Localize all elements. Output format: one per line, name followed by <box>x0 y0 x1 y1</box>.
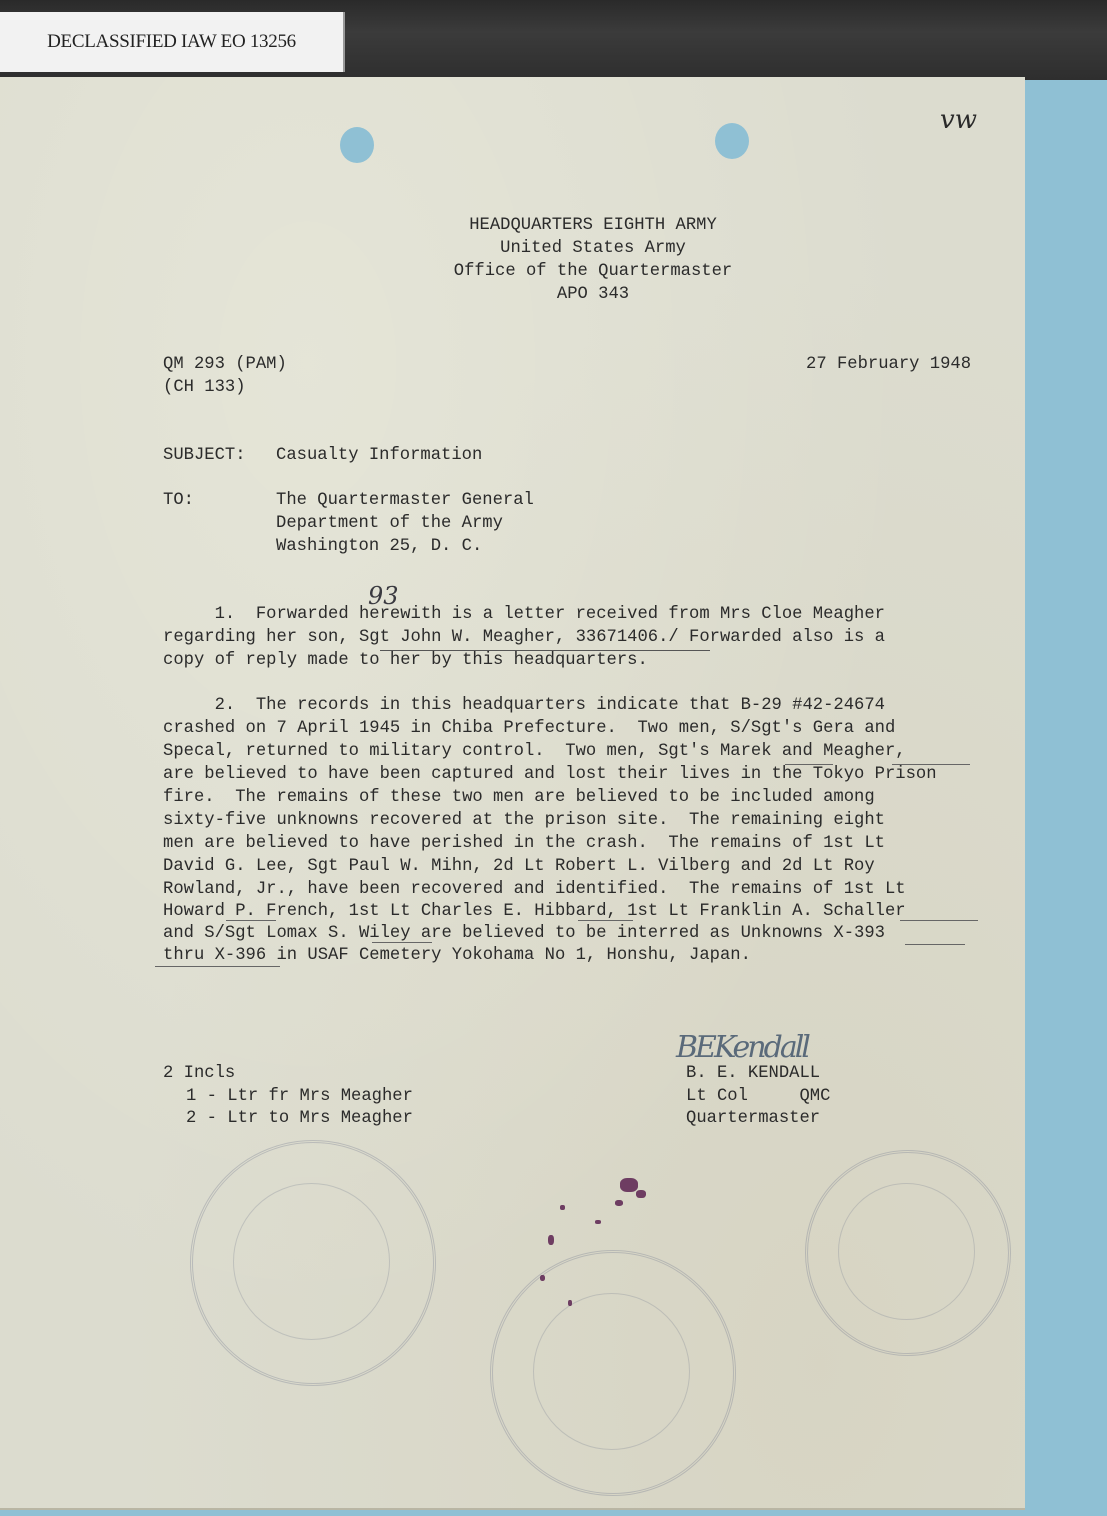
underline-mark <box>578 920 633 921</box>
underline-mark <box>155 966 280 967</box>
to-label: TO: <box>163 489 194 512</box>
paragraph-line: men are believed to have perished in the… <box>163 832 885 855</box>
enclosures-header: 2 Incls <box>163 1062 235 1085</box>
paragraph-line: sixty-five unknowns recovered at the pri… <box>163 809 885 832</box>
paragraph-line: 2. The records in this headquarters indi… <box>163 694 885 717</box>
paragraph-line: fire. The remains of these two men are b… <box>163 786 875 809</box>
underline-mark <box>380 650 710 651</box>
letterhead-line-4: APO 343 <box>393 283 793 306</box>
handwritten-initials: vw <box>940 105 977 135</box>
paragraph-line: copy of reply made to her by this headqu… <box>163 649 648 672</box>
underline-mark <box>892 764 970 765</box>
to-line-2: Department of the Army <box>276 512 503 535</box>
enclosure-item: 2 - Ltr to Mrs Meagher <box>186 1107 413 1130</box>
paragraph-line: Rowland, Jr., have been recovered and id… <box>163 878 906 901</box>
to-line-1: The Quartermaster General <box>276 489 534 512</box>
faded-stamp-right <box>805 1150 1011 1356</box>
faded-stamp-left <box>190 1140 436 1386</box>
underline-mark <box>785 764 833 765</box>
paragraph-line: David G. Lee, Sgt Paul W. Mihn, 2d Lt Ro… <box>163 855 875 878</box>
signer-name: B. E. KENDALL <box>686 1062 820 1085</box>
signer-title: Quartermaster <box>686 1107 820 1130</box>
paragraph-line: Specal, returned to military control. Tw… <box>163 740 906 763</box>
subject-value: Casualty Information <box>276 444 482 467</box>
letter-date: 27 February 1948 <box>806 353 971 376</box>
underline-mark <box>226 920 276 921</box>
handwritten-signature: BEKendall <box>676 1030 808 1065</box>
declassified-banner: DECLASSIFIED IAW EO 13256 <box>0 12 345 72</box>
punch-hole-right <box>715 123 749 159</box>
file-code: (CH 133) <box>163 376 246 399</box>
underline-mark <box>900 920 978 921</box>
underline-mark <box>905 944 965 945</box>
enclosure-item: 1 - Ltr fr Mrs Meagher <box>186 1085 413 1108</box>
faded-stamp-center <box>490 1250 736 1496</box>
letterhead-line-3: Office of the Quartermaster <box>393 260 793 283</box>
letterhead-line-1: HEADQUARTERS EIGHTH ARMY <box>393 214 793 237</box>
file-reference: QM 293 (PAM) <box>163 353 287 376</box>
paragraph-line: crashed on 7 April 1945 in Chiba Prefect… <box>163 717 895 740</box>
subject-label: SUBJECT: <box>163 444 246 467</box>
paragraph-line: are believed to have been captured and l… <box>163 763 937 786</box>
signer-rank: Lt Col QMC <box>686 1085 830 1108</box>
paragraph-line: regarding her son, Sgt John W. Meagher, … <box>163 626 885 649</box>
to-line-3: Washington 25, D. C. <box>276 535 482 558</box>
paragraph-line: thru X-396 in USAF Cemetery Yokohama No … <box>163 944 751 967</box>
paragraph-line: 1. Forwarded herewith is a letter receiv… <box>163 603 885 626</box>
letterhead-line-2: United States Army <box>393 237 793 260</box>
punch-hole-left <box>340 127 374 163</box>
paragraph-line: and S/Sgt Lomax S. Wiley are believed to… <box>163 922 885 945</box>
handwritten-number: 93 <box>368 582 399 610</box>
underline-mark <box>372 942 432 943</box>
